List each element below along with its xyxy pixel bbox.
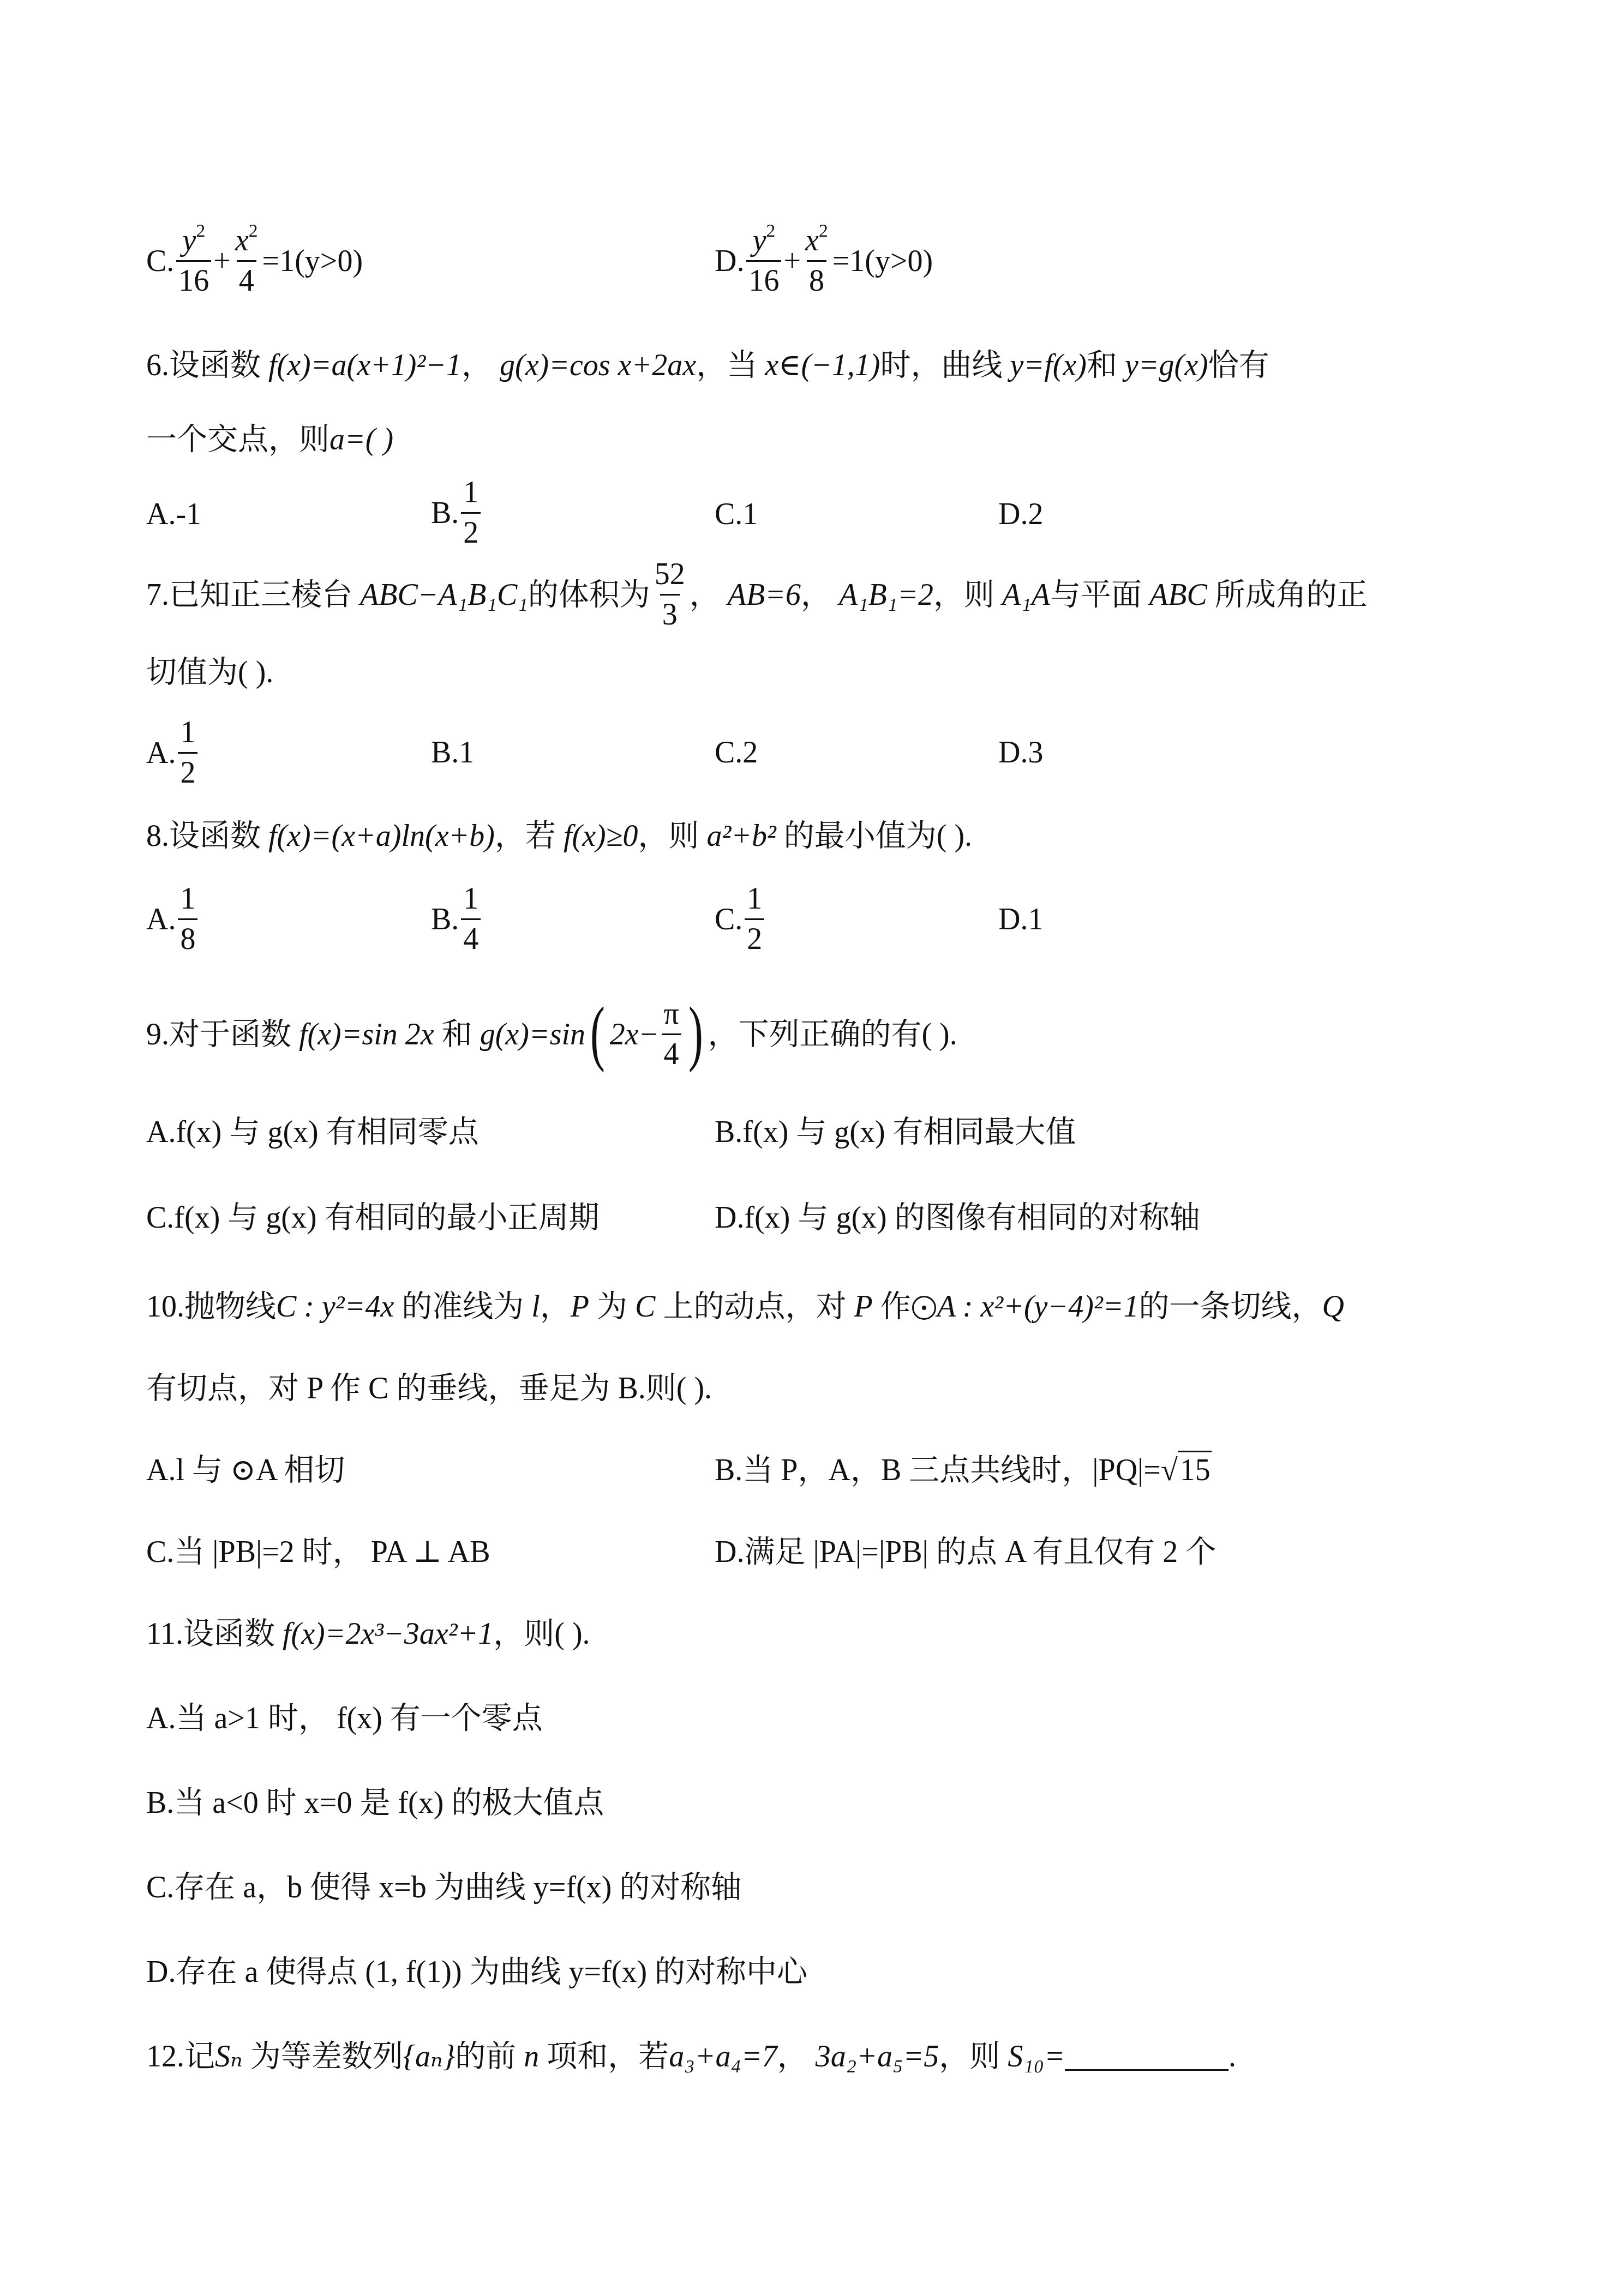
- q5-option-d: D.y216+x28=1(y>0): [715, 228, 933, 300]
- formula: A : x²+(y−4)²=1: [937, 1290, 1139, 1324]
- q6-option-b[interactable]: B.12: [431, 480, 483, 552]
- q9-option-d[interactable]: D.f(x) 与 g(x) 的图像有相同的对称轴: [715, 1203, 1200, 1233]
- q9-option-a[interactable]: A.f(x) 与 g(x) 有相同零点: [146, 1117, 479, 1147]
- q10-stem-line2: 有切点，对 P 作 C 的垂线，垂足为 B.则( ).: [146, 1373, 712, 1404]
- q7-option-b[interactable]: B.1: [431, 737, 474, 768]
- q9-option-b[interactable]: B.f(x) 与 g(x) 有相同最大值: [715, 1117, 1076, 1147]
- equation-rest: =1(y>0): [832, 244, 933, 278]
- q6-option-c[interactable]: C.1: [715, 499, 758, 530]
- formula: f(x)≥0: [564, 819, 638, 853]
- q6-option-d[interactable]: D.2: [998, 499, 1043, 530]
- left-paren: (: [590, 996, 605, 1069]
- formula: g(x)=cos x+2ax: [500, 348, 696, 382]
- q10-option-a[interactable]: A.l 与 ⊙A 相切: [146, 1455, 345, 1486]
- q10-option-b[interactable]: B.当 P，A，B 三点共线时，|PQ|=√15: [715, 1455, 1212, 1486]
- q10-stem-line1: 10.抛物线C : y²=4x 的准线为 l，P 为 C 上的动点，对 P 作A…: [146, 1291, 1344, 1322]
- circle-dot-icon: [912, 1296, 936, 1320]
- q10-option-d[interactable]: D.满足 |PA|=|PB| 的点 A 有且仅有 2 个: [715, 1537, 1216, 1567]
- q11-option-c[interactable]: C.存在 a，b 使得 x=b 为曲线 y=f(x) 的对称轴: [146, 1872, 741, 1903]
- q7-option-c[interactable]: C.2: [715, 737, 758, 768]
- sqrt-symbol: √15: [1161, 1455, 1212, 1486]
- q8-option-c[interactable]: C.12: [715, 886, 766, 959]
- q10-option-c[interactable]: C.当 |PB|=2 时， PA ⊥ AB: [146, 1537, 490, 1567]
- formula: g(x)=sin: [480, 1018, 585, 1051]
- q7-stem-line1: 7.已知正三棱台 ABC−A₁B₁C₁的体积为523， AB=6， A₁B₁=2…: [146, 562, 1368, 634]
- option-label: C.: [146, 244, 174, 278]
- formula: C : y²=4x: [276, 1290, 394, 1324]
- q8-option-a[interactable]: A.18: [146, 886, 200, 959]
- fraction: y216: [746, 225, 781, 297]
- fraction: x28: [803, 225, 830, 297]
- q7-stem-line2: 切值为( ).: [146, 657, 273, 688]
- right-paren: ): [688, 996, 703, 1069]
- formula: A₁B₁=2: [839, 578, 933, 612]
- q11-stem: 11.设函数 f(x)=2x³−3ax²+1，则( ).: [146, 1619, 590, 1649]
- formula: a²+b²: [706, 819, 776, 853]
- q6-stem-line2: 一个交点，则a=( ): [146, 424, 393, 455]
- volume-fraction: 523: [652, 558, 687, 631]
- formula: A₁A: [1002, 578, 1050, 612]
- fraction: x24: [233, 225, 260, 297]
- fraction: y216: [176, 225, 211, 297]
- q8-stem: 8.设函数 f(x)=(x+a)ln(x+b)，若 f(x)≥0，则 a²+b²…: [146, 821, 972, 851]
- q5-option-c: C.y216+x24=1(y>0): [146, 228, 363, 300]
- formula: f(x)=(x+a)ln(x+b): [268, 819, 495, 853]
- q6-option-a[interactable]: A.-1: [146, 499, 201, 530]
- formula: f(x)=2x³−3ax²+1: [283, 1617, 493, 1651]
- formula: ABC−A₁B₁C₁: [360, 578, 528, 612]
- formula: x∈(−1,1): [765, 348, 880, 382]
- equation-rest: =1(y>0): [262, 244, 363, 278]
- q11-option-d[interactable]: D.存在 a 使得点 (1, f(1)) 为曲线 y=f(x) 的对称中心: [146, 1957, 807, 1987]
- q9-option-c[interactable]: C.f(x) 与 g(x) 有相同的最小正周期: [146, 1203, 600, 1233]
- q7-option-d[interactable]: D.3: [998, 737, 1043, 768]
- q12-stem: 12.记Sₙ 为等差数列{aₙ}的前 n 项和，若a₃+a₄=7， 3a₂+a₅…: [146, 2041, 1236, 2072]
- formula: f(x)=a(x+1)²−1: [268, 348, 462, 382]
- answer-paren: a=( ): [329, 423, 393, 456]
- formula: AB=6: [728, 578, 801, 612]
- q7-option-a[interactable]: A.12: [146, 720, 200, 792]
- formula: ABC: [1149, 578, 1207, 612]
- answer-blank[interactable]: [1065, 2042, 1229, 2071]
- formula: f(x)=sin 2x: [299, 1018, 434, 1051]
- q6-stem-line1: 6.设函数 f(x)=a(x+1)²−1， g(x)=cos x+2ax，当 x…: [146, 350, 1269, 381]
- q11-option-a[interactable]: A.当 a>1 时， f(x) 有一个零点: [146, 1703, 543, 1734]
- formula: y=g(x): [1125, 348, 1208, 382]
- q8-option-d[interactable]: D.1: [998, 904, 1043, 935]
- option-label: D.: [715, 244, 744, 278]
- formula: y=f(x): [1010, 348, 1087, 382]
- q11-option-b[interactable]: B.当 a<0 时 x=0 是 f(x) 的极大值点: [146, 1788, 604, 1818]
- q8-option-b[interactable]: B.14: [431, 886, 483, 959]
- q9-stem: 9.对于函数 f(x)=sin 2x 和 g(x)=sin(2x−π4)，下列正…: [146, 1001, 957, 1074]
